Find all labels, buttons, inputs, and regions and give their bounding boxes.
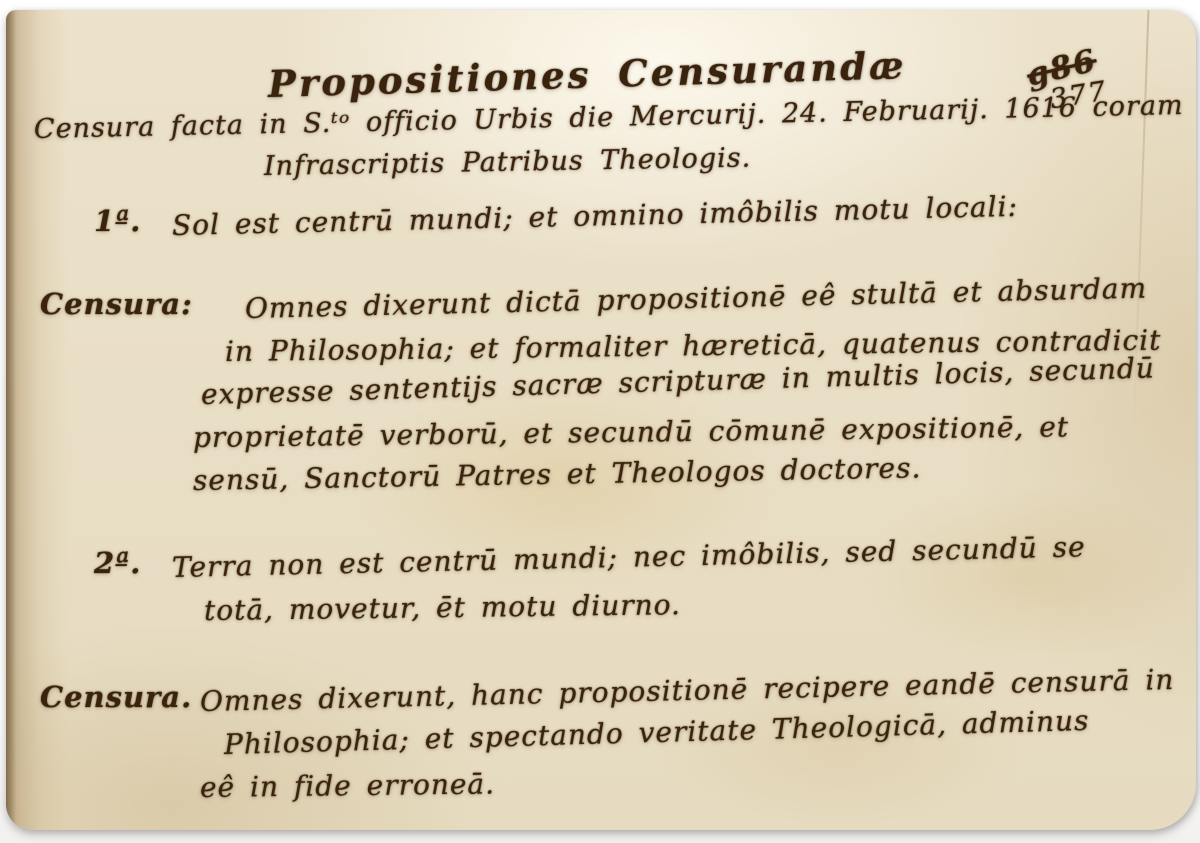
entry-censura-2: Censura. Omnes dixerunt, hanc propositio… — [6, 680, 1196, 809]
entry-proposition-1: 1ª. Sol est centrū mundi; et omnino imôb… — [6, 204, 1196, 247]
entry-label-censura-1: Censura: — [40, 287, 193, 321]
entry-label-censura-2: Censura. — [40, 680, 192, 714]
page-gutter-edge — [6, 10, 16, 830]
manuscript-page: g86 377 Propositiones Censurandæ Censura… — [6, 10, 1196, 830]
entry-line: totā, movetur, ēt motu diurno. — [204, 578, 1086, 632]
entry-censura-1: Censura: Omnes dixerunt dictā propositio… — [6, 287, 1196, 502]
heading-line-1: Censura facta in S.ᵗᵒ officio Urbis die … — [34, 90, 1196, 145]
entry-label-proposition-2: 2ª. — [40, 546, 172, 580]
entry-label-proposition-1: 1ª. — [40, 204, 172, 238]
entry-line: Sol est centrū mundi; et omnino imôbilis… — [172, 185, 1019, 247]
entry-proposition-2: 2ª. Terra non est centrū mundi; nec imôb… — [6, 546, 1196, 632]
scan-background: g86 377 Propositiones Censurandæ Censura… — [0, 0, 1200, 843]
heading-line-2: Infrascriptis Patribus Theologis. — [264, 135, 1196, 182]
